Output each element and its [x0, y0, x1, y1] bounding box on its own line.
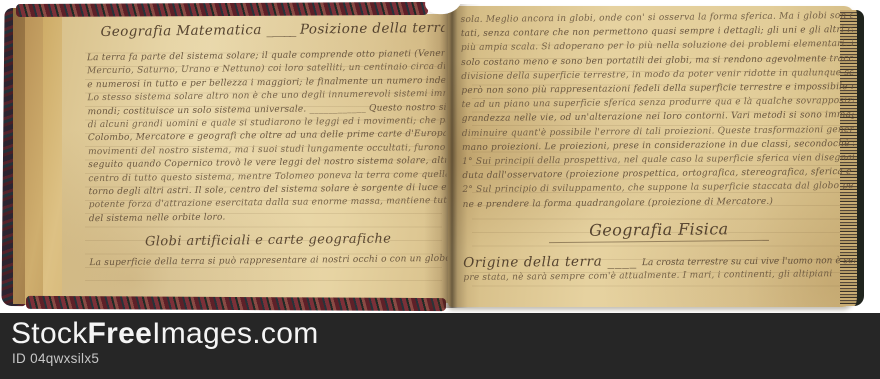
- watermark-site-part3: Images.com: [152, 317, 318, 350]
- watermark-site-part1: Stock: [11, 317, 88, 350]
- marbled-cover-top-edge: [16, 2, 428, 17]
- left-section-heading: Globi artificiali e carte geografiche: [89, 231, 447, 250]
- subsection-title: Origine della terra: [463, 253, 602, 270]
- right-page-text: sola. Meglio ancora in globi, onde con' …: [461, 9, 856, 285]
- left-title-main: Geografia Matematica: [101, 22, 262, 40]
- watermark-site-name: StockFreeImages.com: [11, 317, 319, 351]
- watermark-image-id: ID 04qwxsilx5: [12, 351, 99, 366]
- watermark-bar: StockFreeImages.com ID 04qwxsilx5: [0, 313, 880, 379]
- left-title-dash: _____: [266, 22, 295, 38]
- right-section-heading: Geografia Fisica: [549, 219, 769, 243]
- handwritten-line: ne e prendere la forma quadrangolare (pr…: [463, 194, 855, 212]
- scanned-notebook-photo: Geografia Matematica _____ Posizione del…: [0, 0, 880, 379]
- watermark-site-part2: Free: [88, 317, 153, 350]
- left-title-sub: Posizione della terra nell'universo: [300, 20, 445, 38]
- marbled-cover-bottom-edge: [26, 296, 446, 311]
- left-page-title: Geografia Matematica _____ Posizione del…: [101, 20, 445, 40]
- subsection-dash: ____: [607, 253, 637, 269]
- left-page-text: Geografia Matematica _____ Posizione del…: [86, 18, 447, 271]
